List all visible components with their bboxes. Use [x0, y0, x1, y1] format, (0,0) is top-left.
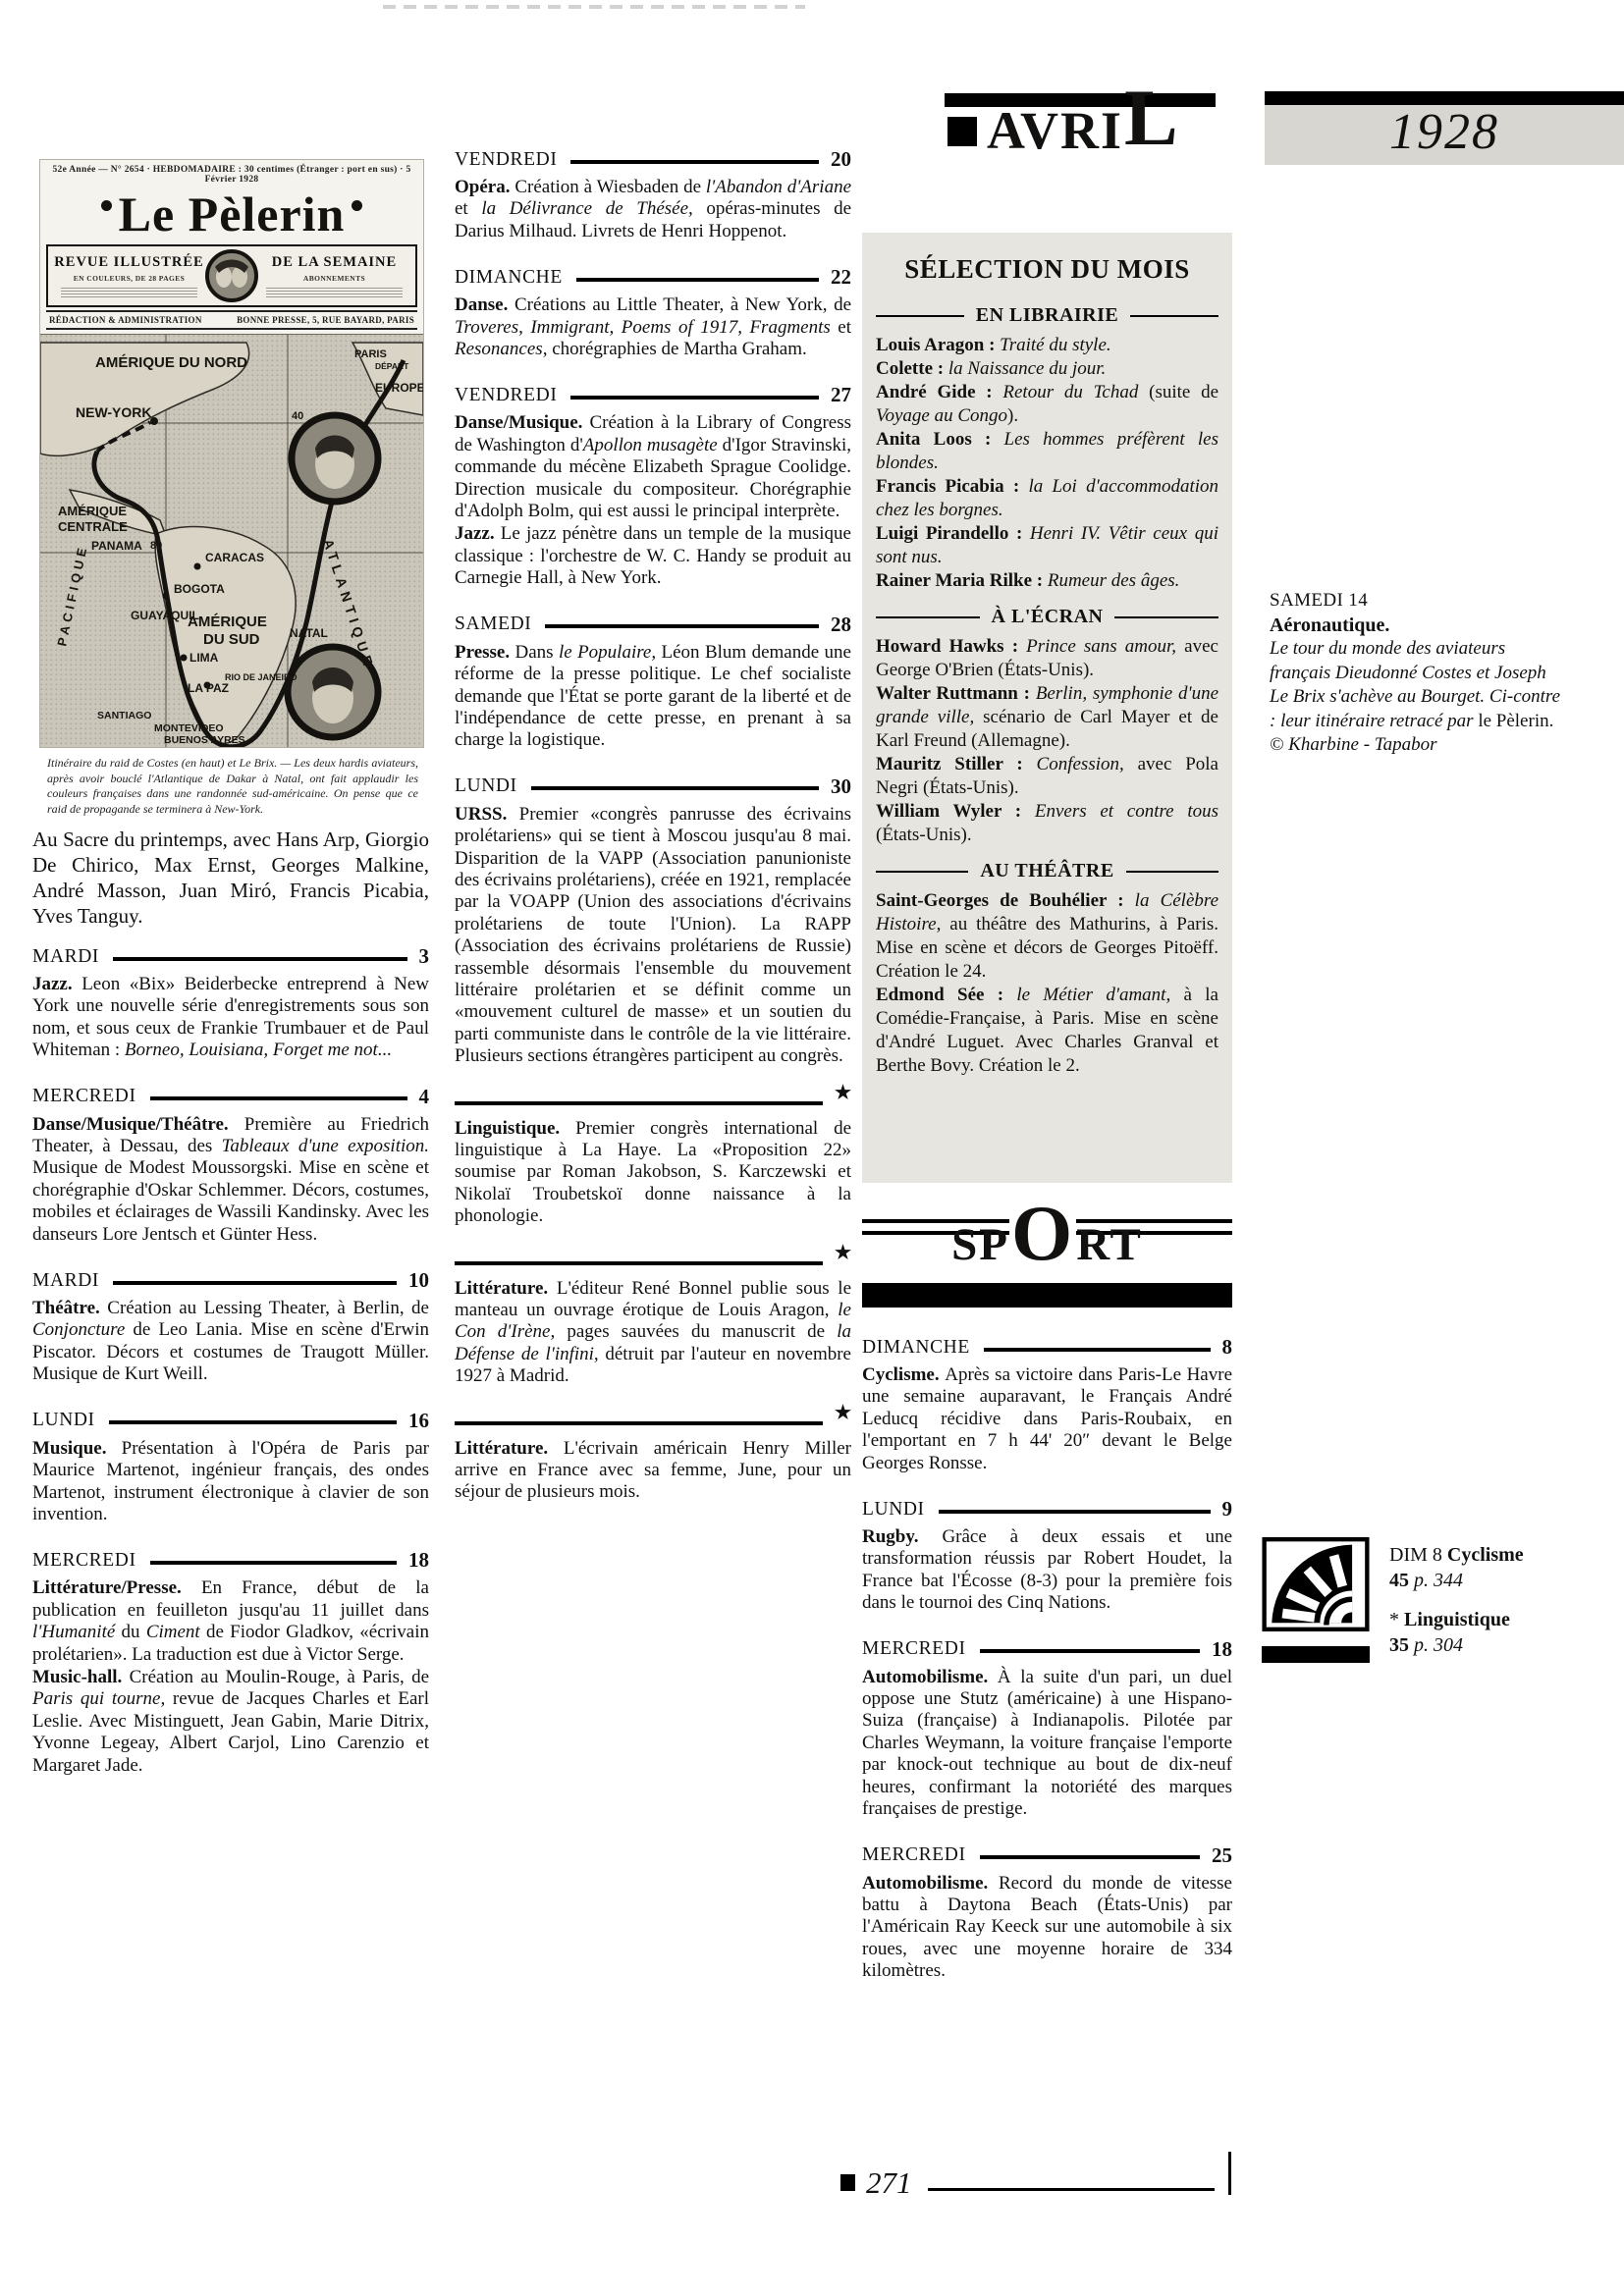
- selection-item: William Wyler : Envers et contre tous (É…: [876, 800, 1218, 847]
- entry-lead: Danse/Musique/Théâtre.: [32, 1114, 244, 1135]
- entry-heading: VENDREDI20: [455, 147, 851, 172]
- day-number: 28: [831, 613, 851, 637]
- entry-paragraph: Jazz. Le jazz pénètre dans un temple de …: [455, 523, 851, 589]
- month-label-bigcap: L: [1124, 87, 1178, 148]
- entry-heading: ★: [455, 1251, 851, 1273]
- day-name: MERCREDI: [862, 1638, 966, 1660]
- day-entry: ★Littérature. L'écrivain américain Henry…: [455, 1411, 851, 1504]
- map-label: AMÉRIQUE: [58, 504, 127, 518]
- square-bullet-icon: [947, 117, 977, 146]
- ref-line: 45 p. 344: [1389, 1569, 1524, 1592]
- admin-left-label: RÉDACTION & ADMINISTRATION: [49, 315, 202, 325]
- ref-icon-column: [1262, 1537, 1370, 1663]
- section-title: AU THÉÂTRE: [980, 860, 1113, 882]
- day-name: MARDI: [32, 946, 99, 968]
- map-label: AMÉRIQUE: [188, 614, 267, 630]
- section-title: À L'ÉCRAN: [992, 606, 1104, 628]
- heading-rule: [455, 1261, 823, 1265]
- day-name: DIMANCHE: [862, 1337, 970, 1359]
- entry-paragraph: Littérature. L'éditeur René Bonnel publi…: [455, 1278, 851, 1388]
- entry-lead: Danse.: [455, 294, 514, 315]
- ref-text: DIM 8 Cyclisme 45 p. 344 * Linguistique …: [1389, 1537, 1524, 1663]
- heading-rule: [150, 1096, 407, 1100]
- day-name: VENDREDI: [455, 385, 557, 406]
- entry-paragraph: URSS. Premier «congrès panrusse des écri…: [455, 804, 851, 1068]
- map-label: 80: [150, 540, 162, 552]
- entry-lead: Presse.: [455, 642, 515, 663]
- entry-lead: Music-hall.: [32, 1667, 130, 1687]
- map-label: BOGOTA: [174, 582, 225, 596]
- cover-map-illustration: AMÉRIQUE DU NORD NEW-YORK PARIS DÉPART E…: [40, 334, 423, 747]
- heading-rule: [876, 616, 980, 618]
- day-entry: VENDREDI27Danse/Musique. Création à la L…: [455, 383, 851, 589]
- book-page: AVRI L 1928 52e Année — N° 2654 · HEBDOM…: [0, 0, 1624, 2296]
- ref-line: * Linguistique: [1389, 1608, 1524, 1631]
- middle-column: VENDREDI20Opéra. Création à Wiesbaden de…: [455, 147, 851, 1526]
- entry-lead: Automobilisme.: [862, 1667, 998, 1687]
- cyclisme-wheel-icon: [1262, 1537, 1370, 1631]
- entry-lead: Opéra.: [455, 177, 514, 197]
- masthead-label: Le Pèlerin: [119, 187, 346, 241]
- day-entry: LUNDI16Musique. Présentation à l'Opéra d…: [32, 1409, 429, 1526]
- selection-item: Colette : la Naissance du jour.: [876, 357, 1218, 381]
- heading-rule: [1130, 315, 1218, 317]
- entry-heading: MARDI3: [32, 944, 429, 969]
- entry-heading: DIMANCHE22: [455, 265, 851, 290]
- day-name: MERCREDI: [32, 1550, 136, 1572]
- admin-right-label: BONNE PRESSE, 5, RUE BAYARD, PARIS: [237, 315, 414, 325]
- day-entry: MERCREDI18Automobilisme. À la suite d'un…: [862, 1637, 1232, 1821]
- day-entry: ★Linguistique. Premier congrès internati…: [455, 1091, 851, 1228]
- day-number: 4: [419, 1085, 430, 1109]
- day-entry: MERCREDI18Littérature/Presse. En France,…: [32, 1548, 429, 1777]
- cover-caption: Itinéraire du raid de Costes (en haut) e…: [47, 756, 418, 817]
- day-number: 18: [408, 1548, 429, 1573]
- banner-right-subtitle: ABONNEMENTS: [258, 274, 410, 283]
- heading-rule: [1126, 871, 1218, 873]
- entry-heading: LUNDI9: [862, 1497, 1232, 1522]
- page-number: 271: [866, 2167, 912, 2198]
- sport-black-bar: [862, 1283, 1232, 1308]
- day-number: 22: [831, 265, 851, 290]
- aviator-portrait-top: [292, 415, 378, 502]
- photo-credit: © Kharbine - Tapabor: [1270, 733, 1566, 758]
- day-entry: MERCREDI25Automobilisme. Record du monde…: [862, 1843, 1232, 1983]
- left-column: MARDI3Jazz. Leon «Bix» Beiderbecke entre…: [32, 944, 429, 1799]
- entry-heading: MERCREDI4: [32, 1085, 429, 1109]
- banner-right-title: DE LA SEMAINE: [258, 254, 410, 271]
- entry-lead: Rugby.: [862, 1526, 942, 1547]
- cover-banner: REVUE ILLUSTRÉE EN COULEURS, DE 28 PAGES…: [46, 244, 417, 307]
- day-entry: MARDI10Théâtre. Création au Lessing Thea…: [32, 1268, 429, 1386]
- day-number: 25: [1212, 1843, 1232, 1868]
- heading-rule: [455, 1101, 823, 1105]
- heading-rule: [1114, 616, 1218, 618]
- heading-rule: [531, 786, 819, 790]
- day-entry: DIMANCHE8Cyclisme. Après sa victoire dan…: [862, 1335, 1232, 1474]
- selection-item: Edmond Sée : le Métier d'amant, à la Com…: [876, 984, 1218, 1078]
- banner-right: DE LA SEMAINE ABONNEMENTS: [258, 254, 410, 297]
- day-number: 9: [1222, 1497, 1233, 1522]
- heading-rule: [570, 396, 819, 400]
- heading-rule: [876, 315, 964, 317]
- map-label: MONTEVIDEO: [154, 722, 224, 734]
- day-entry: LUNDI9Rugby. Grâce à deux essais et une …: [862, 1497, 1232, 1615]
- day-number: 10: [408, 1268, 429, 1293]
- entry-paragraph: Opéra. Création à Wiesbaden de l'Abandon…: [455, 177, 851, 242]
- map-label: CARACAS: [205, 551, 264, 564]
- entry-paragraph: Automobilisme. Record du monde de vitess…: [862, 1873, 1232, 1983]
- month-title: AVRI L: [945, 100, 1178, 161]
- entry-lead: Littérature/Presse.: [32, 1577, 201, 1598]
- selection-item: Francis Picabia : la Loi d'accommodation…: [876, 475, 1218, 522]
- entry-paragraph: Danse/Musique/Théâtre. Première au Fried…: [32, 1114, 429, 1246]
- margin-cross-reference: DIM 8 Cyclisme 45 p. 344 * Linguistique …: [1262, 1537, 1615, 1663]
- theatre-list: Saint-Georges de Bouhélier : la Célèbre …: [876, 889, 1218, 1078]
- entry-lead: Jazz.: [32, 974, 81, 994]
- heading-rule: [150, 1561, 397, 1565]
- day-number: 27: [831, 383, 851, 407]
- entry-paragraph: Presse. Dans le Populaire, Léon Blum dem…: [455, 642, 851, 752]
- map-label: DU SUD: [203, 631, 260, 648]
- entry-lead: Théâtre.: [32, 1298, 107, 1318]
- entry-lead: Automobilisme.: [862, 1873, 999, 1894]
- entry-paragraph: Jazz. Leon «Bix» Beiderbecke entreprend …: [32, 974, 429, 1062]
- section-heading-theatre: AU THÉÂTRE: [876, 860, 1218, 882]
- map-label: DÉPART: [375, 361, 409, 371]
- selection-title: SÉLECTION DU MOIS: [876, 254, 1218, 285]
- cover-top-line: 52e Année — N° 2654 · HEBDOMADAIRE : 30 …: [40, 160, 423, 187]
- heading-rule: [576, 278, 819, 282]
- intro-paragraph: Au Sacre du printemps, avec Hans Arp, Gi…: [32, 827, 429, 929]
- banner-left-title: REVUE ILLUSTRÉE: [53, 254, 205, 271]
- banner-left-subtitle: EN COULEURS, DE 28 PAGES: [53, 274, 205, 283]
- entry-heading: ★: [455, 1091, 851, 1113]
- day-name: VENDREDI: [455, 149, 557, 171]
- selection-item: Luigi Pirandello : Henri IV. Vêtir ceux …: [876, 522, 1218, 569]
- banner-medallion-icon: [205, 249, 258, 302]
- entry-paragraph: Musique. Présentation à l'Opéra de Paris…: [32, 1438, 429, 1526]
- entry-heading: SAMEDI28: [455, 613, 851, 637]
- entry-heading: ★: [455, 1411, 851, 1433]
- ref-line: DIM 8 Cyclisme: [1389, 1543, 1524, 1567]
- section-heading-librairie: EN LIBRAIRIE: [876, 304, 1218, 327]
- heading-rule: [113, 957, 406, 961]
- month-label: AVRI: [987, 100, 1123, 161]
- selection-du-mois-box: SÉLECTION DU MOIS EN LIBRAIRIE Louis Ara…: [862, 233, 1232, 1183]
- entry-paragraph: Rugby. Grâce à deux essais et une transf…: [862, 1526, 1232, 1615]
- day-entry: SAMEDI28Presse. Dans le Populaire, Léon …: [455, 613, 851, 752]
- heading-rule: [545, 624, 819, 628]
- entry-lead: Littérature.: [455, 1278, 557, 1299]
- map-label: EUROPE: [375, 381, 423, 395]
- heading-rule: [939, 1510, 1211, 1514]
- entry-lead: Danse/Musique.: [455, 412, 589, 433]
- selection-item: Howard Hawks : Prince sans amour, avec G…: [876, 635, 1218, 682]
- selection-item: Saint-Georges de Bouhélier : la Célèbre …: [876, 889, 1218, 984]
- day-entry: MERCREDI4Danse/Musique/Théâtre. Première…: [32, 1085, 429, 1246]
- margin-note-samedi14: SAMEDI 14 Aéronautique. Le tour du monde…: [1270, 589, 1566, 758]
- heading-rule: [984, 1348, 1211, 1352]
- map-label: NATAL: [290, 626, 328, 640]
- entry-lead: Jazz.: [455, 523, 501, 544]
- day-name: LUNDI: [32, 1410, 95, 1431]
- cover-admin-line: RÉDACTION & ADMINISTRATION BONNE PRESSE,…: [46, 310, 417, 330]
- star-icon: ★: [835, 1402, 851, 1424]
- entry-paragraph: Danse/Musique. Création à la Library of …: [455, 412, 851, 522]
- section-title: EN LIBRAIRIE: [976, 304, 1118, 327]
- entry-heading: MERCREDI25: [862, 1843, 1232, 1868]
- entry-heading: DIMANCHE8: [862, 1335, 1232, 1360]
- day-number: 16: [408, 1409, 429, 1433]
- banner-fineprint: [266, 286, 403, 297]
- entry-heading: MERCREDI18: [862, 1637, 1232, 1662]
- day-number: 8: [1222, 1335, 1233, 1360]
- entry-paragraph: Music-hall. Création au Moulin-Rouge, à …: [32, 1667, 429, 1777]
- entry-heading: VENDREDI27: [455, 383, 851, 407]
- map-label: LIMA: [189, 651, 219, 665]
- banner-left: REVUE ILLUSTRÉE EN COULEURS, DE 28 PAGES: [53, 254, 205, 297]
- year-label: 1928: [1389, 104, 1499, 160]
- day-name: DIMANCHE: [455, 267, 563, 289]
- librairie-list: Louis Aragon : Traité du style.Colette :…: [876, 334, 1218, 593]
- day-number: 18: [1212, 1637, 1232, 1662]
- map-label: LA PAZ: [188, 681, 229, 695]
- map-label: BUENOS AYRES: [164, 734, 245, 746]
- day-name: LUNDI: [455, 775, 517, 797]
- map-label: CENTRALE: [58, 519, 128, 534]
- heading-rule: [455, 1421, 823, 1425]
- entry-paragraph: Théâtre. Création au Lessing Theater, à …: [32, 1298, 429, 1386]
- day-name: LUNDI: [862, 1499, 925, 1521]
- map-label: 40: [292, 410, 303, 422]
- footer-bracket: [1228, 2152, 1231, 2195]
- scan-artifact: [383, 5, 805, 9]
- entry-lead: Cyclisme.: [862, 1364, 945, 1385]
- entry-lead: URSS.: [455, 804, 519, 825]
- entry-heading: MARDI10: [32, 1268, 429, 1293]
- selection-item: André Gide : Retour du Tchad (suite de V…: [876, 381, 1218, 428]
- sport-title: SPORT: [862, 1192, 1232, 1287]
- entry-paragraph: Automobilisme. À la suite d'un pari, un …: [862, 1667, 1232, 1821]
- star-icon: ★: [835, 1242, 851, 1264]
- heading-rule: [876, 871, 968, 873]
- selection-item: Walter Ruttmann : Berlin, symphonie d'un…: [876, 682, 1218, 753]
- day-entry: MARDI3Jazz. Leon «Bix» Beiderbecke entre…: [32, 944, 429, 1062]
- heading-rule: [570, 160, 819, 164]
- margin-body: Le tour du monde des aviateurs français …: [1270, 637, 1566, 733]
- sport-column: DIMANCHE8Cyclisme. Après sa victoire dan…: [862, 1335, 1232, 2005]
- day-number: 30: [831, 774, 851, 799]
- day-entry: ★Littérature. L'éditeur René Bonnel publ…: [455, 1251, 851, 1388]
- heading-rule: [980, 1649, 1200, 1653]
- day-entry: VENDREDI20Opéra. Création à Wiesbaden de…: [455, 147, 851, 242]
- day-entry: LUNDI30URSS. Premier «congrès panrusse d…: [455, 774, 851, 1068]
- day-number: 20: [831, 147, 851, 172]
- masthead-ornament-icon: [101, 200, 112, 211]
- day-name: MARDI: [32, 1270, 99, 1292]
- footer-square-bullet: [840, 2174, 855, 2191]
- day-name: MERCREDI: [32, 1086, 136, 1107]
- entry-lead: Linguistique.: [455, 1118, 575, 1139]
- map-label: PANAMA: [91, 539, 142, 553]
- entry-lead: Musique.: [32, 1438, 122, 1459]
- map-label: PARIS: [354, 348, 387, 360]
- margin-day-label: SAMEDI 14: [1270, 589, 1566, 614]
- map-label: SANTIAGO: [97, 710, 151, 721]
- entry-paragraph: Danse. Créations au Little Theater, à Ne…: [455, 294, 851, 360]
- heading-rule: [109, 1420, 397, 1424]
- sport-section-heading: SPORT: [862, 1196, 1232, 1309]
- page-footer: 271: [840, 2167, 1215, 2198]
- heading-rule: [113, 1281, 397, 1285]
- entry-heading: LUNDI30: [455, 774, 851, 799]
- entry-paragraph: Linguistique. Premier congrès internatio…: [455, 1118, 851, 1228]
- pelerin-cover-image: 52e Année — N° 2654 · HEBDOMADAIRE : 30 …: [39, 159, 424, 748]
- cover-masthead: Le Pèlerin: [40, 187, 423, 241]
- star-icon: ★: [835, 1082, 851, 1104]
- banner-fineprint: [61, 286, 197, 297]
- entry-paragraph: Littérature. L'écrivain américain Henry …: [455, 1438, 851, 1504]
- ref-black-bar: [1262, 1646, 1370, 1663]
- day-name: SAMEDI: [455, 614, 531, 635]
- entry-heading: LUNDI16: [32, 1409, 429, 1433]
- day-name: MERCREDI: [862, 1844, 966, 1866]
- entry-paragraph: Littérature/Presse. En France, début de …: [32, 1577, 429, 1666]
- ref-line: 35 p. 304: [1389, 1633, 1524, 1657]
- map-label: NEW-YORK: [76, 404, 152, 420]
- entry-paragraph: Cyclisme. Après sa victoire dans Paris-L…: [862, 1364, 1232, 1474]
- selection-item: Louis Aragon : Traité du style.: [876, 334, 1218, 357]
- margin-lead: Aéronautique.: [1270, 614, 1566, 638]
- selection-item: Anita Loos : Les hommes préfèrent les bl…: [876, 428, 1218, 475]
- entry-lead: Littérature.: [455, 1438, 564, 1459]
- map-label: AMÉRIQUE DU NORD: [95, 354, 247, 371]
- section-heading-ecran: À L'ÉCRAN: [876, 606, 1218, 628]
- ecran-list: Howard Hawks : Prince sans amour, avec G…: [876, 635, 1218, 847]
- footer-rule: [928, 2188, 1215, 2191]
- heading-rule: [980, 1855, 1200, 1859]
- year-band: 1928: [1265, 91, 1624, 165]
- selection-item: Mauritz Stiller : Confession, avec Pola …: [876, 753, 1218, 800]
- entry-heading: MERCREDI18: [32, 1548, 429, 1573]
- map-label: RIO DE JANEIRO: [225, 672, 298, 682]
- day-number: 3: [419, 944, 430, 969]
- selection-item: Rainer Maria Rilke : Rumeur des âges.: [876, 569, 1218, 593]
- day-entry: DIMANCHE22Danse. Créations au Little The…: [455, 265, 851, 360]
- masthead-ornament-icon: [352, 200, 362, 211]
